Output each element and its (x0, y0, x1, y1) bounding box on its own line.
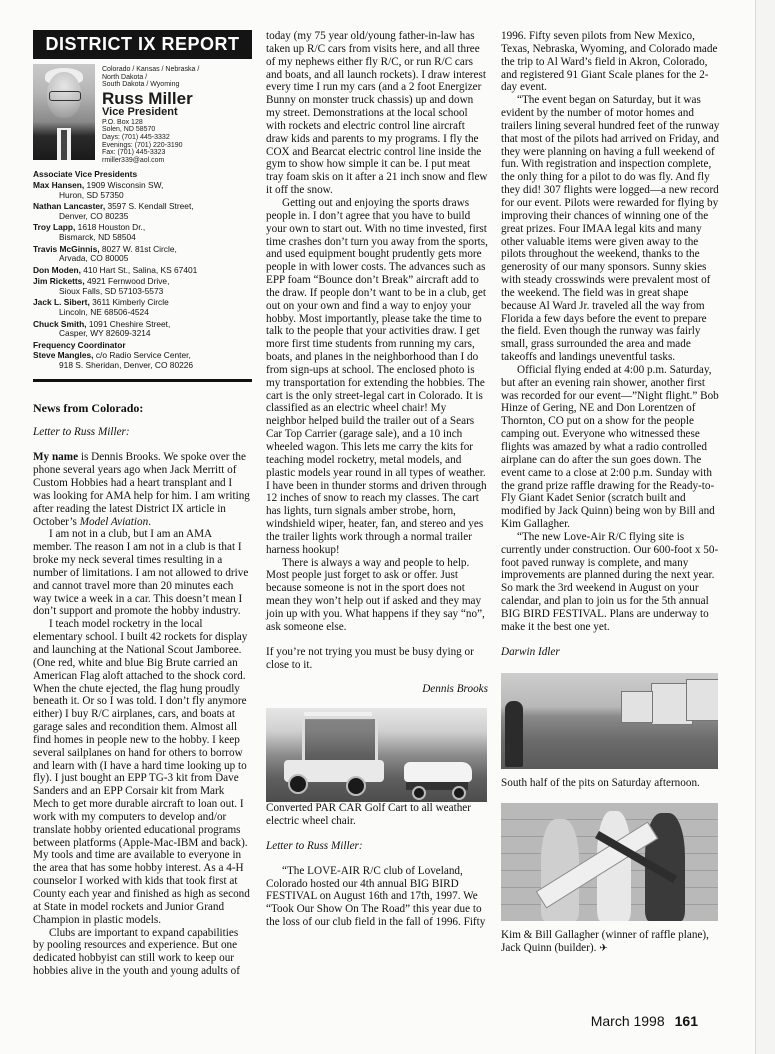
section-heading: News from Colorado: (33, 402, 252, 415)
photo-caption: Converted PAR CAR Golf Cart to all weath… (266, 802, 488, 828)
associate-entry: Jack L. Sibert, 3611 Kimberly CircleLinc… (33, 298, 252, 317)
vp-email: rmiller339@aol.com (102, 157, 199, 165)
associate-vp-list: Associate Vice Presidents Max Hansen, 19… (33, 170, 252, 370)
vp-fax: Fax: (701) 445-3323 (102, 149, 199, 157)
associates-heading: Associate Vice Presidents (33, 170, 252, 180)
vp-name: Russ Miller (102, 90, 199, 107)
airplane-end-mark-icon: ✈ (599, 943, 607, 954)
frequency-coordinator-entry: Steve Mangles, c/o Radio Service Center,… (33, 351, 252, 370)
article-body-col1: News from Colorado: Letter to Russ Mille… (33, 402, 252, 979)
paragraph: “The event began on Saturday, but it was… (501, 94, 723, 364)
magazine-page: DISTRICT IX REPORT Colorado / Kansas / N… (0, 0, 756, 1054)
frequency-coordinator-heading: Frequency Coordinator (33, 341, 252, 351)
page-folio: March 1998161 (591, 1013, 698, 1029)
states-line: South Dakota / Wyoming (102, 81, 199, 89)
associate-entry: Max Hansen, 1909 Wisconsin SW,Huron, SD … (33, 181, 252, 200)
associate-entry: Jim Ricketts, 4921 Fernwood Drive,Sioux … (33, 277, 252, 296)
vice-president-info: Colorado / Kansas / Nebraska / North Dak… (102, 64, 199, 164)
raffle-winners-photo (501, 803, 718, 921)
paragraph: “The new Love-Air R/C flying site is cur… (501, 531, 723, 634)
paragraph: There is always a way and people to help… (266, 557, 488, 634)
states-line: Colorado / Kansas / Nebraska / (102, 66, 199, 74)
associate-entry: Troy Lapp, 1618 Houston Dr.,Bismarck, ND… (33, 223, 252, 242)
article-body-col3: 1996. Fifty seven pilots from New Mexico… (501, 30, 723, 659)
vice-president-photo (33, 64, 95, 160)
letter-salutation: Letter to Russ Miller: (33, 426, 252, 439)
paragraph: If you’re not trying you must be busy dy… (266, 646, 488, 672)
states-line: North Dakota / (102, 74, 199, 82)
signature: Dennis Brooks (266, 683, 488, 696)
associate-entry: Travis McGinnis, 8027 W. 81st Circle,Arv… (33, 245, 252, 264)
paragraph: “The LOVE-AIR R/C club of Loveland, Colo… (266, 865, 488, 929)
associate-entry: Nathan Lancaster, 3597 S. Kendall Street… (33, 202, 252, 221)
vp-phone-days: Days: (701) 445-3332 (102, 134, 199, 142)
article-body-col2: today (my 75 year old/young father-in-la… (266, 30, 488, 696)
issue-date: March 1998 (591, 1013, 665, 1029)
district-report-banner: DISTRICT IX REPORT (33, 30, 252, 59)
vp-title: Vice President (102, 107, 199, 118)
paragraph: I teach model rocketry in the local elem… (33, 618, 252, 926)
letter-salutation: Letter to Russ Miller: (266, 840, 488, 853)
signature: Darwin Idler (501, 646, 723, 659)
vp-phone-evenings: Evenings: (701) 220-3190 (102, 142, 199, 150)
article-body-col2b: Converted PAR CAR Golf Cart to all weath… (266, 802, 488, 929)
section-divider (33, 379, 252, 382)
paragraph: Official flying ended at 4:00 p.m. Satur… (501, 364, 723, 531)
paragraph: Getting out and enjoying the sports draw… (266, 197, 488, 557)
golf-cart-photo (266, 708, 487, 802)
paragraph: I am not in a club, but I am an AMA memb… (33, 528, 252, 618)
associate-entry: Don Moden, 410 Hart St., Salina, KS 6740… (33, 266, 252, 276)
paragraph: My name is Dennis Brooks. We spoke over … (33, 451, 252, 528)
page-number: 161 (675, 1013, 698, 1029)
vp-address: Solen, ND 58570 (102, 126, 199, 134)
paragraph-continued: 1996. Fifty seven pilots from New Mexico… (501, 30, 723, 94)
pits-photo (501, 673, 718, 769)
paragraph-continued: today (my 75 year old/young father-in-la… (266, 30, 488, 197)
column-1: DISTRICT IX REPORT Colorado / Kansas / N… (33, 30, 252, 979)
paragraph: Clubs are important to expand capabiliti… (33, 927, 252, 979)
photo-caption: South half of the pits on Saturday after… (501, 777, 723, 790)
vice-president-box: Colorado / Kansas / Nebraska / North Dak… (33, 64, 252, 164)
associate-entry: Chuck Smith, 1091 Cheshire Street,Casper… (33, 320, 252, 339)
column-3: 1996. Fifty seven pilots from New Mexico… (501, 30, 723, 967)
vp-address: P.O. Box 128 (102, 119, 199, 127)
column-2: today (my 75 year old/young father-in-la… (266, 30, 488, 929)
photo-caption: Kim & Bill Gallagher (winner of raffle p… (501, 929, 723, 956)
